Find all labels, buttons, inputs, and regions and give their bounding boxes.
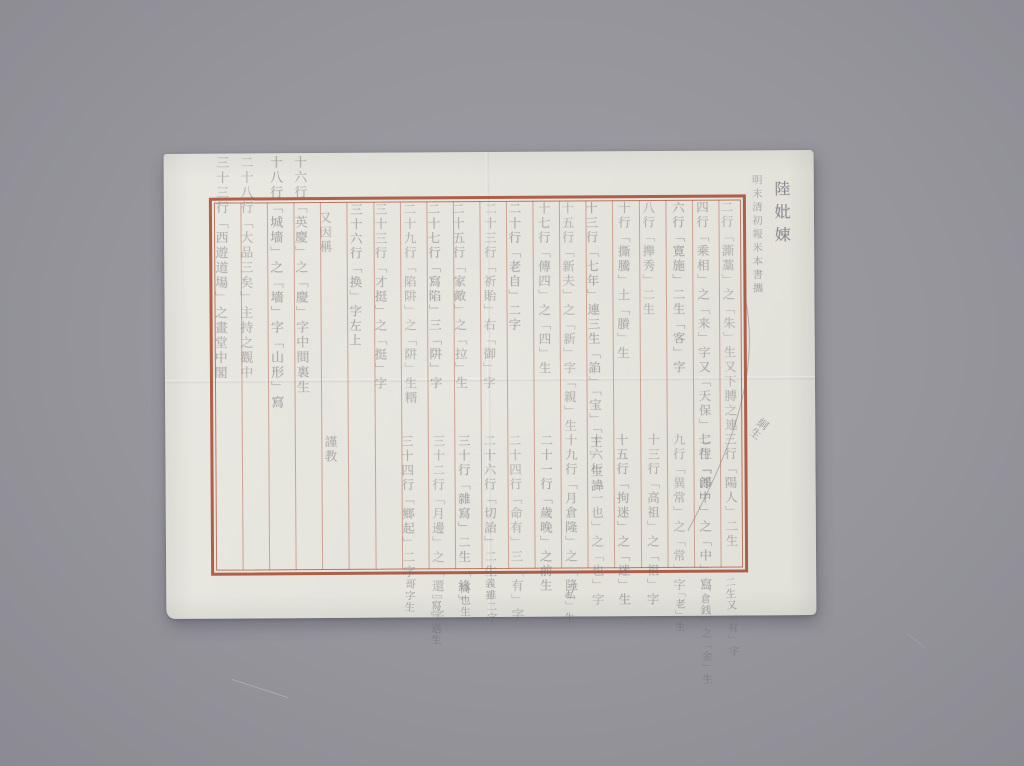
overflow-tail-8: 哥字生 xyxy=(404,578,416,613)
overflow-tail-1: 二生又「有」字 xyxy=(724,576,739,657)
overflow-tail-2: 「倉銭」之「金」生 xyxy=(699,582,712,686)
overflow-tail-6: 筒也生 xyxy=(459,583,470,618)
letter-sheet: 陸妣娕 明末清初報米本書攜 絧生 二行「澌藁」之「朱」生又下膊之連三行「陽人」二… xyxy=(164,150,817,619)
margin-side-note-text: 明末清初報米本書攜 xyxy=(750,174,766,296)
backdrop-scratch xyxy=(907,633,924,648)
red-ruled-frame xyxy=(209,194,748,575)
photo-backdrop: 陸妣娕 明末清初報米本書攜 絧生 二行「澌藁」之「朱」生又下膊之連三行「陽人」二… xyxy=(0,0,1024,766)
backdrop-scratch xyxy=(231,679,288,698)
overflow-tail-5: 義雖二字 xyxy=(484,578,497,625)
red-column-rules xyxy=(214,199,743,570)
overflow-tail-7: 「寫」過生 xyxy=(430,588,441,646)
overflow-tail-3: 「老」生 xyxy=(674,587,685,633)
handwritten-columns: 二行「澌藁」之「朱」生又下膊之連三行「陽人」二生四行「乘相」之「来」字又「天保」… xyxy=(164,150,814,154)
overflow-tail-4: 「私」生 xyxy=(564,577,577,623)
margin-slant-note-text: 絧生 xyxy=(745,414,772,443)
margin-title-text: 陸妣娕 xyxy=(770,180,793,249)
